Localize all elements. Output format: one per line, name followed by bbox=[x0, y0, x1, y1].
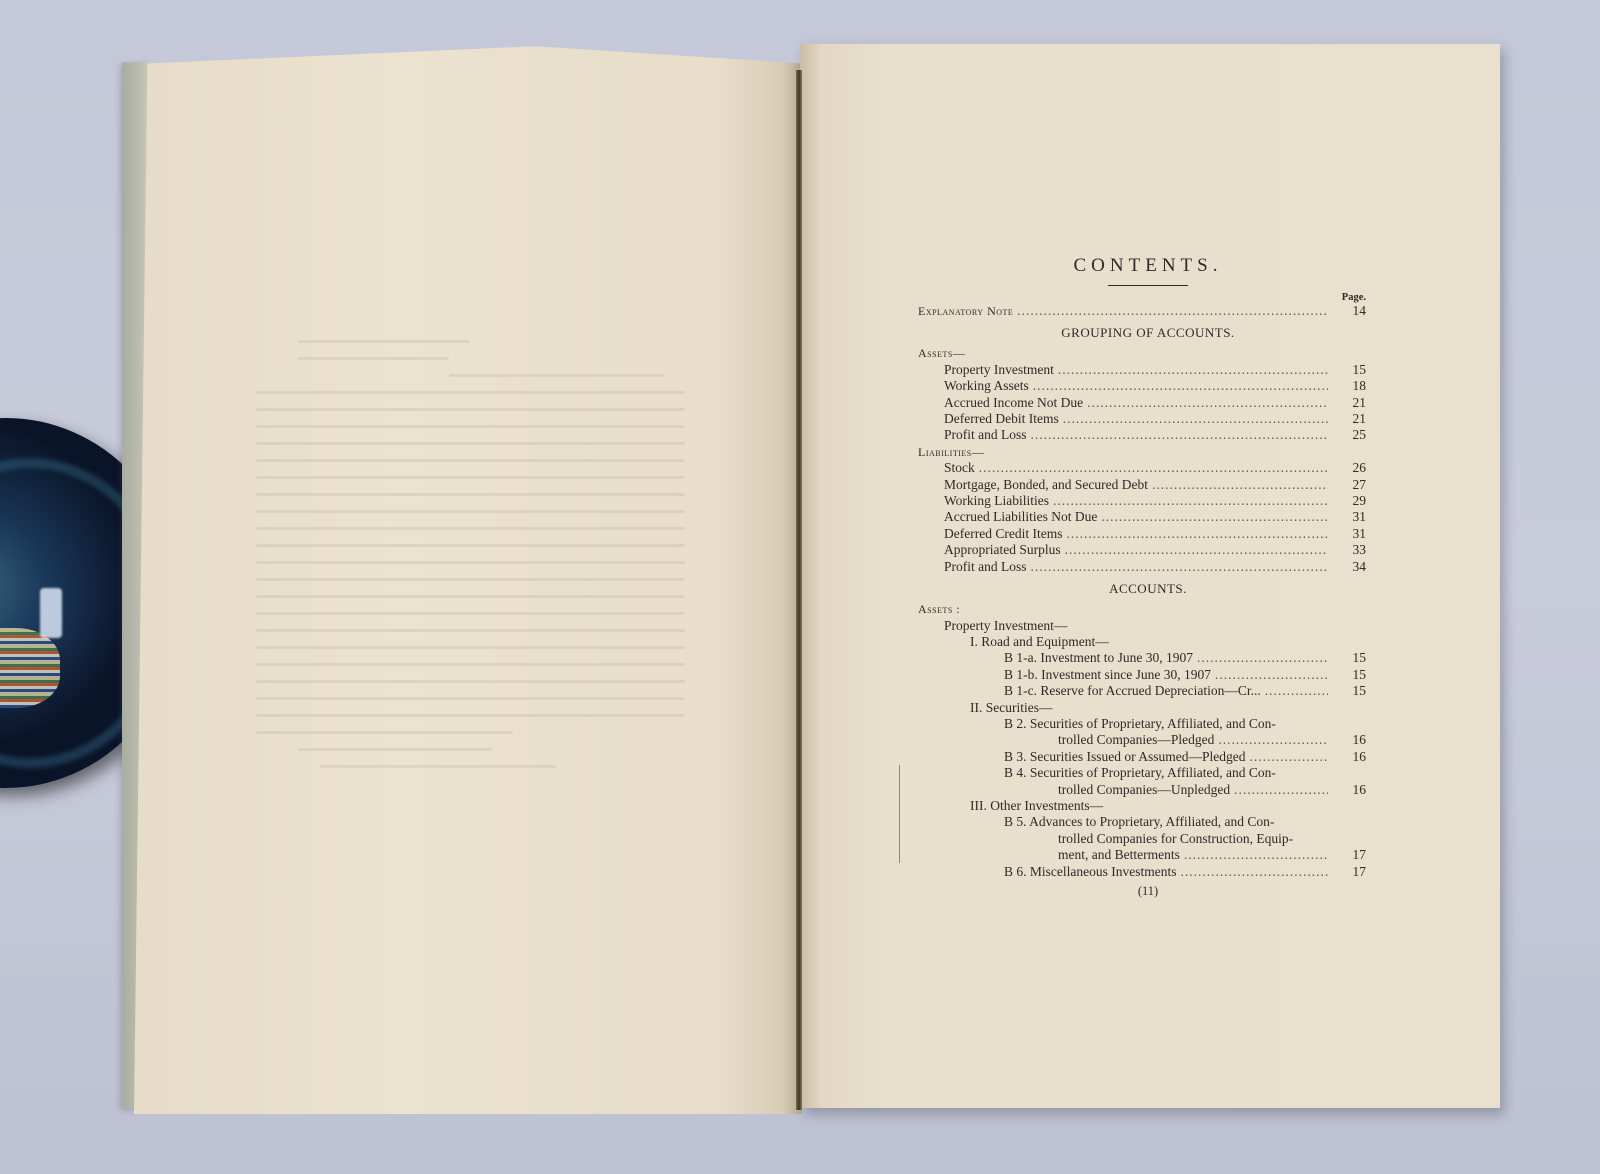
entry-page: 21 bbox=[1332, 411, 1378, 427]
entry-label: Deferred Credit Items bbox=[944, 526, 1062, 542]
page-column-header: Page. bbox=[918, 292, 1378, 303]
toc-entry: trolled Companies—Unpledged16 bbox=[918, 782, 1378, 798]
photo-scene: CONTENTS. Page. Explanatory Note 14 GROU… bbox=[0, 0, 1600, 1174]
entry-page: 17 bbox=[1332, 864, 1378, 880]
toc-entry: Profit and Loss34 bbox=[918, 559, 1378, 575]
leader-dots bbox=[1058, 362, 1328, 378]
entry-label: B 2. Securities of Proprietary, Affiliat… bbox=[1004, 716, 1276, 732]
toc-entry: Property Investment15 bbox=[918, 362, 1378, 378]
toc-entry: Working Liabilities29 bbox=[918, 493, 1378, 509]
entry-page: 21 bbox=[1332, 395, 1378, 411]
entry-page: 26 bbox=[1332, 460, 1378, 476]
entry-label: III. Other Investments— bbox=[970, 798, 1103, 814]
leader-dots bbox=[1101, 509, 1328, 525]
entry-page: 16 bbox=[1332, 749, 1378, 765]
leader-dots bbox=[1215, 667, 1328, 683]
toc-entry-line: B 5. Advances to Proprietary, Affiliated… bbox=[918, 814, 1378, 830]
entry-label: Accrued Income Not Due bbox=[944, 395, 1083, 411]
entry-page: 17 bbox=[1332, 847, 1378, 863]
toc-entry: B 6. Miscellaneous Investments17 bbox=[918, 864, 1378, 880]
entry-label: B 4. Securities of Proprietary, Affiliat… bbox=[1004, 765, 1276, 781]
entry-label: B 6. Miscellaneous Investments bbox=[1004, 864, 1176, 880]
toc-entry: Accrued Income Not Due21 bbox=[918, 395, 1378, 411]
entry-label: trolled Companies—Pledged bbox=[1058, 732, 1214, 748]
leader-dots bbox=[1152, 477, 1328, 493]
toc-entry: Appropriated Surplus33 bbox=[918, 542, 1378, 558]
toc-entry: trolled Companies—Pledged16 bbox=[918, 732, 1378, 748]
entry-label: B 3. Securities Issued or Assumed—Pledge… bbox=[1004, 749, 1245, 765]
group-heading-accounts-assets: Assets : bbox=[918, 601, 1378, 617]
toc-entry: Stock26 bbox=[918, 460, 1378, 476]
entry-label: Property Investment— bbox=[944, 618, 1067, 634]
entry-label: B 1-c. Reserve for Accrued Depreciation—… bbox=[1004, 683, 1261, 699]
entry-label: Assets : bbox=[918, 601, 960, 617]
leader-dots bbox=[1031, 427, 1329, 443]
toc-entry: Deferred Credit Items31 bbox=[918, 526, 1378, 542]
entry-page: 15 bbox=[1332, 650, 1378, 666]
leader-dots bbox=[979, 460, 1328, 476]
paperweight-glint bbox=[40, 588, 62, 638]
entry-page: 33 bbox=[1332, 542, 1378, 558]
entry-label: trolled Companies—Unpledged bbox=[1058, 782, 1230, 798]
entry-label: II. Securities— bbox=[970, 700, 1052, 716]
toc-entry: Mortgage, Bonded, and Secured Debt27 bbox=[918, 477, 1378, 493]
toc-entry: B 1-b. Investment since June 30, 190715 bbox=[918, 667, 1378, 683]
toc-entry: B 1-c. Reserve for Accrued Depreciation—… bbox=[918, 683, 1378, 699]
entry-label: Working Liabilities bbox=[944, 493, 1049, 509]
leader-dots bbox=[1087, 395, 1328, 411]
entry-label: Deferred Debit Items bbox=[944, 411, 1059, 427]
leader-dots bbox=[1031, 559, 1329, 575]
entry-label: B 1-b. Investment since June 30, 1907 bbox=[1004, 667, 1211, 683]
entry-label: I. Road and Equipment— bbox=[970, 634, 1109, 650]
subgroup-heading: I. Road and Equipment— bbox=[918, 634, 1378, 650]
group-heading-liabilities: Liabilities— bbox=[918, 444, 1378, 460]
entry-label: Stock bbox=[944, 460, 975, 476]
entry-label: B 1-a. Investment to June 30, 1907 bbox=[1004, 650, 1193, 666]
entry-page: 29 bbox=[1332, 493, 1378, 509]
entry-label: Appropriated Surplus bbox=[944, 542, 1061, 558]
pencil-margin-mark bbox=[899, 765, 900, 863]
toc-entry: Profit and Loss25 bbox=[918, 427, 1378, 443]
entry-label: trolled Companies for Construction, Equi… bbox=[1058, 831, 1293, 847]
entry-page: 25 bbox=[1332, 427, 1378, 443]
leader-dots bbox=[1234, 782, 1328, 798]
toc-entry: Working Assets18 bbox=[918, 378, 1378, 394]
section-heading-grouping: GROUPING OF ACCOUNTS. bbox=[918, 325, 1378, 341]
entry-label: Mortgage, Bonded, and Secured Debt bbox=[944, 477, 1148, 493]
page-number: (11) bbox=[918, 884, 1378, 899]
entry-page: 34 bbox=[1332, 559, 1378, 575]
entry-label: Property Investment bbox=[944, 362, 1054, 378]
entry-page: 15 bbox=[1332, 667, 1378, 683]
entry-page: 14 bbox=[1332, 303, 1378, 319]
toc-entry: ment, and Betterments17 bbox=[918, 847, 1378, 863]
entry-label: ment, and Betterments bbox=[1058, 847, 1180, 863]
entry-label: Profit and Loss bbox=[944, 559, 1027, 575]
entry-label: Explanatory Note bbox=[918, 303, 1013, 319]
leader-dots bbox=[1063, 411, 1328, 427]
toc-entry: B 1-a. Investment to June 30, 190715 bbox=[918, 650, 1378, 666]
entry-label: Working Assets bbox=[944, 378, 1029, 394]
subgroup-heading: II. Securities— bbox=[918, 700, 1378, 716]
toc-entry: Deferred Debit Items21 bbox=[918, 411, 1378, 427]
entry-label: Assets— bbox=[918, 345, 965, 361]
entry-label: Accrued Liabilities Not Due bbox=[944, 509, 1097, 525]
entry-page: 31 bbox=[1332, 509, 1378, 525]
toc-entry-line: B 4. Securities of Proprietary, Affiliat… bbox=[918, 765, 1378, 781]
toc-entry-line: trolled Companies for Construction, Equi… bbox=[918, 831, 1378, 847]
leader-dots bbox=[1033, 378, 1328, 394]
leader-dots bbox=[1265, 683, 1328, 699]
entry-page: 31 bbox=[1332, 526, 1378, 542]
section-heading-accounts: ACCOUNTS. bbox=[918, 581, 1378, 597]
entry-page: 16 bbox=[1332, 782, 1378, 798]
subgroup-heading: III. Other Investments— bbox=[918, 798, 1378, 814]
entry-label: Profit and Loss bbox=[944, 427, 1027, 443]
entry-page: 15 bbox=[1332, 683, 1378, 699]
group-heading-assets: Assets— bbox=[918, 345, 1378, 361]
toc-entry: Accrued Liabilities Not Due31 bbox=[918, 509, 1378, 525]
entry-label: B 5. Advances to Proprietary, Affiliated… bbox=[1004, 814, 1274, 830]
leader-dots bbox=[1053, 493, 1328, 509]
leader-dots bbox=[1017, 303, 1328, 319]
entry-page: 27 bbox=[1332, 477, 1378, 493]
left-page-showthrough-text bbox=[255, 340, 685, 880]
leader-dots bbox=[1066, 526, 1328, 542]
group-heading-property-investment: Property Investment— bbox=[918, 618, 1378, 634]
entry-page: 18 bbox=[1332, 378, 1378, 394]
toc-entry: Explanatory Note 14 bbox=[918, 303, 1378, 319]
entry-label: Liabilities— bbox=[918, 444, 984, 460]
table-of-contents: CONTENTS. Page. Explanatory Note 14 GROU… bbox=[918, 255, 1378, 899]
entry-page: 16 bbox=[1332, 732, 1378, 748]
toc-entry-line: B 2. Securities of Proprietary, Affiliat… bbox=[918, 716, 1378, 732]
entry-page: 15 bbox=[1332, 362, 1378, 378]
leader-dots bbox=[1197, 650, 1328, 666]
toc-entry: B 3. Securities Issued or Assumed—Pledge… bbox=[918, 749, 1378, 765]
leader-dots bbox=[1218, 732, 1328, 748]
leader-dots bbox=[1180, 864, 1328, 880]
leader-dots bbox=[1249, 749, 1328, 765]
title-rule bbox=[1108, 285, 1188, 286]
page-title: CONTENTS. bbox=[918, 255, 1378, 277]
leader-dots bbox=[1184, 847, 1328, 863]
book-gutter bbox=[796, 70, 802, 1110]
leader-dots bbox=[1065, 542, 1328, 558]
